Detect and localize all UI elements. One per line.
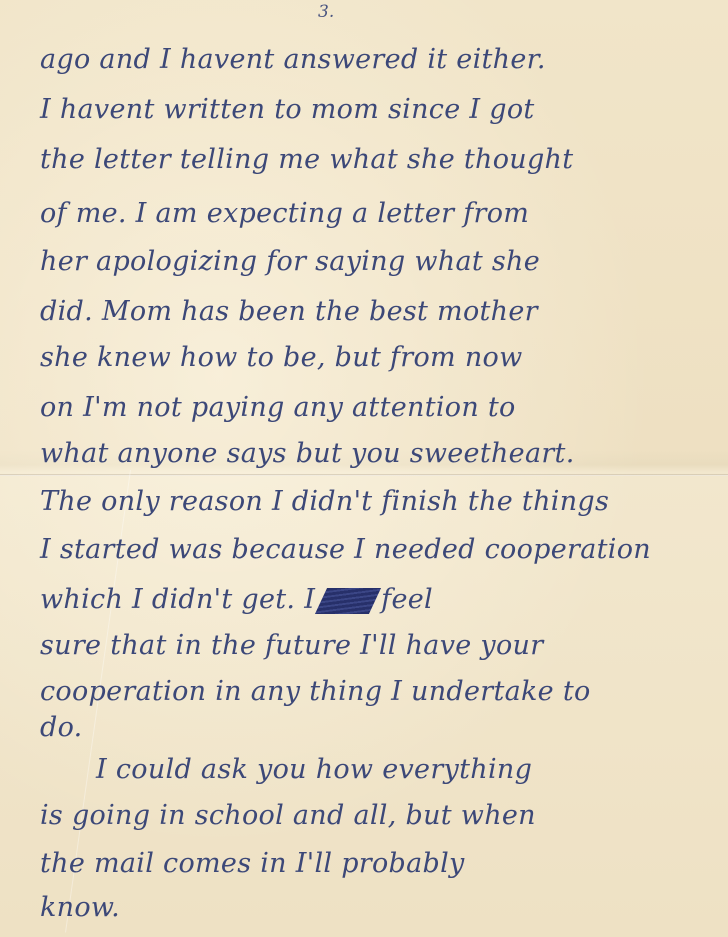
letter-line-5: her apologizing for saying what she (40, 246, 540, 277)
letter-page: 3. ago and I havent answered it either. … (0, 0, 728, 937)
letter-line-8: on I'm not paying any attention to (40, 392, 516, 423)
scribbled-out-word (315, 588, 381, 614)
letter-line-4: of me. I am expecting a letter from (40, 198, 529, 229)
letter-line-12: which I didn't get. Ifeel (40, 584, 433, 615)
letter-line-16: I could ask you how everything (96, 754, 532, 785)
letter-line-19: know. (40, 892, 120, 923)
letter-line-6: did. Mom has been the best mother (40, 296, 538, 327)
letter-line-2: I havent written to mom since I got (40, 94, 535, 125)
letter-line-12-start: which I didn't get. I (40, 584, 315, 615)
letter-line-9: what anyone says but you sweetheart. (40, 438, 575, 469)
letter-line-18: the mail comes in I'll probably (40, 848, 465, 879)
letter-line-13: sure that in the future I'll have your (40, 630, 543, 661)
letter-line-3: the letter telling me what she thought (40, 144, 573, 175)
letter-line-11: I started was because I needed cooperati… (40, 534, 651, 565)
letter-line-7: she knew how to be, but from now (40, 342, 522, 373)
letter-line-12-end: feel (381, 584, 433, 615)
letter-line-10: The only reason I didn't finish the thin… (40, 486, 609, 517)
letter-line-1: ago and I havent answered it either. (40, 44, 546, 75)
letter-line-15: do. (40, 712, 83, 743)
letter-line-14: cooperation in any thing I undertake to (40, 676, 591, 707)
horizontal-fold-crease (0, 474, 728, 476)
page-number: 3. (318, 2, 334, 22)
letter-line-17: is going in school and all, but when (40, 800, 536, 831)
